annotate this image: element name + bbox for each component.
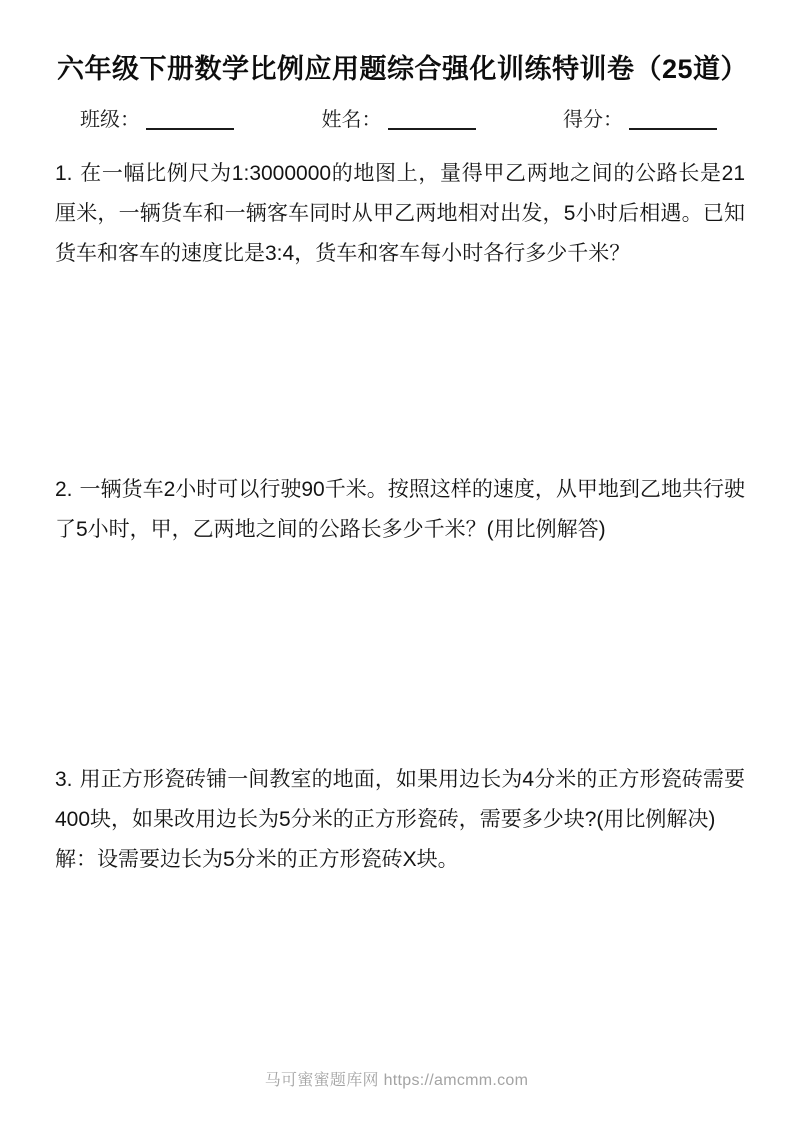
question-2-text: 一辆货车2小时可以行驶90千米。按照这样的速度，从甲地到乙地共行驶了5小时，甲，… xyxy=(55,478,745,541)
class-field: 班级： xyxy=(80,106,234,134)
question-3-solution-setup: 解：设需要边长为5分米的正方形瓷砖X块。 xyxy=(55,840,745,880)
score-label: 得分： xyxy=(563,109,623,131)
answer-space-2 xyxy=(0,550,793,760)
question-1-text: 在一幅比例尺为1:3000000的地图上，量得甲乙两地之间的公路长是21厘米，一… xyxy=(55,162,745,265)
question-1-number: 1. xyxy=(55,162,73,185)
page-title: 六年级下册数学比例应用题综合强化训练特训卷（25道） xyxy=(57,50,747,88)
class-label: 班级： xyxy=(80,109,140,131)
class-blank-line xyxy=(146,127,234,130)
question-3-text: 用正方形瓷砖铺一间教室的地面，如果用边长为4分米的正方形瓷砖需要400块，如果改… xyxy=(55,768,745,831)
student-info-row: 班级： 姓名： 得分： xyxy=(80,106,717,134)
answer-space-1 xyxy=(0,274,793,470)
name-field: 姓名： xyxy=(322,106,476,134)
question-3-number: 3. xyxy=(55,768,73,791)
name-label: 姓名： xyxy=(322,109,382,131)
footer-watermark: 马可蜜蜜题库网 https://amcmm.com xyxy=(0,1067,793,1090)
score-field: 得分： xyxy=(563,106,717,134)
worksheet-page: 六年级下册数学比例应用题综合强化训练特训卷（25道） 班级： 姓名： 得分： 1… xyxy=(0,0,793,1122)
score-blank-line xyxy=(629,127,717,130)
question-2-number: 2. xyxy=(55,478,73,501)
question-2: 2.一辆货车2小时可以行驶90千米。按照这样的速度，从甲地到乙地共行驶了5小时，… xyxy=(55,470,745,550)
question-1: 1.在一幅比例尺为1:3000000的地图上，量得甲乙两地之间的公路长是21厘米… xyxy=(55,154,745,274)
name-blank-line xyxy=(388,127,476,130)
question-3: 3.用正方形瓷砖铺一间教室的地面，如果用边长为4分米的正方形瓷砖需要400块，如… xyxy=(55,760,745,840)
